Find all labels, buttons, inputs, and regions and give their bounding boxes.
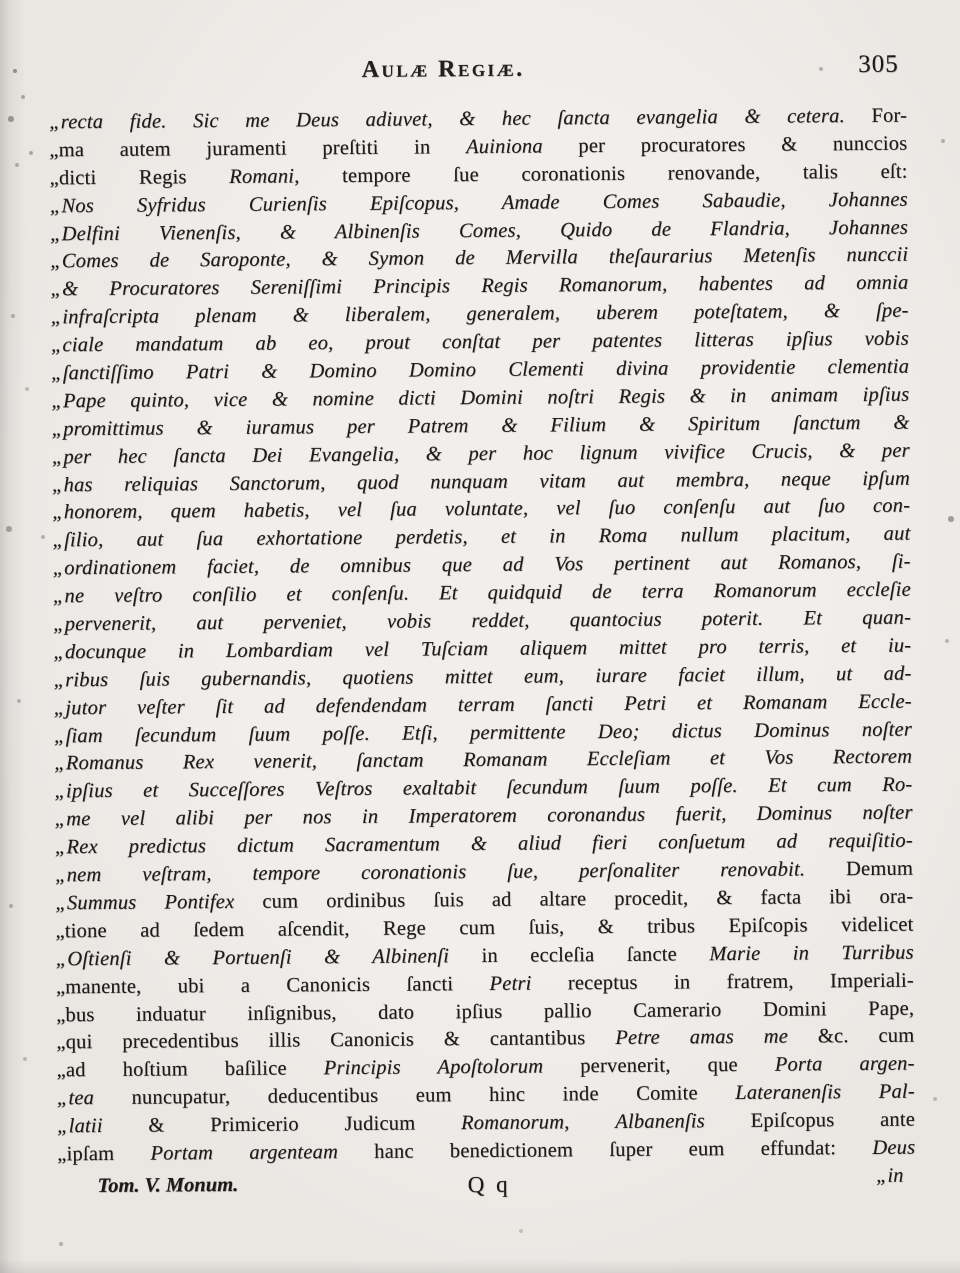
text-segment: „honorem, quem habetis, vel ſua voluntat…: [52, 495, 910, 524]
text-segment: Lateranenſis Pal-: [735, 1081, 915, 1104]
running-head: Aulæ Regiæ. 305: [0, 52, 957, 106]
page-footer: Tom. V. Monum. Q q „in: [57, 1168, 915, 1209]
text-segment: Principis Apoſtolorum: [324, 1056, 581, 1080]
text-segment: ,: [564, 1111, 615, 1133]
text-segment: „ſanctiſſimo Patri & Domino Domino Cleme…: [51, 356, 909, 385]
text-segment: „dicti Regis: [50, 166, 230, 189]
gathering-signature: Q q: [468, 1172, 511, 1198]
text-segment: Portam argenteam: [150, 1141, 374, 1165]
text-segment: „ordinationem faciet, de omnibus que ad …: [53, 551, 911, 580]
text-segment: „latii: [57, 1115, 149, 1138]
text-segment: „recta fide. Sic me Deus adiuvet, & hec …: [49, 105, 871, 133]
text-segment: „docunque in Lombardiam vel Tuſciam aliq…: [53, 635, 911, 664]
text-segment: Auiniona: [466, 135, 543, 158]
text-segment: „ſiam ſecundum ſuum poſſe. Etſi, permitt…: [54, 718, 912, 747]
text-segment: pervenerit, que: [580, 1054, 775, 1078]
text-segment: „tea: [57, 1087, 132, 1110]
text-segment: „qui precedentibus illis Canonicis & can…: [56, 1027, 615, 1053]
text-segment: „Romanus Rex venerit, ſanctam Romanam Ec…: [54, 746, 912, 775]
text-segment: „per hec ſancta Dei Evangelia, & per hoc…: [52, 439, 910, 468]
text-segment: „bus induatur inſignibus, dato ipſius pa…: [56, 997, 914, 1026]
text-segment: hanc benedictionem ſuper eum effundat:: [374, 1137, 872, 1163]
text-segment: „ciale mandatum ab eo, prout conſtat per…: [51, 328, 909, 357]
text-segment: cum ordinibus ſuis ad altare procedit, &…: [262, 886, 913, 913]
scanned-book-page: Aulæ Regiæ. 305 „recta fide. Sic me Deus…: [0, 0, 960, 1273]
text-block: „recta fide. Sic me Deus adiuvet, & hec …: [49, 103, 915, 1170]
text-segment: „has reliquias Sanctorum, quod nunquam v…: [52, 467, 910, 496]
text-segment: per procuratores & nunccios: [543, 133, 908, 158]
text-segment: Albanenſis: [615, 1110, 751, 1133]
text-segment: Demum: [846, 858, 913, 881]
text-segment: „Oſtienſi & Portuenſi & Albinenſi: [56, 945, 482, 970]
text-segment: Deus: [872, 1137, 915, 1159]
text-line: „ipſam Portam argenteam hanc benediction…: [57, 1135, 915, 1170]
text-segment: & Primicerio Judicum: [148, 1112, 461, 1136]
text-segment: For-: [871, 105, 907, 127]
text-segment: „ribus ſuis gubernandis, quotiens mittet…: [53, 662, 911, 691]
text-segment: „manente, ubi a Canonicis ſancti: [56, 973, 490, 998]
text-segment: Romanorum: [461, 1111, 564, 1134]
text-segment: „Pape quinto, vice & nomine dicti Domini…: [51, 384, 909, 413]
text-segment: „jutor veſter ſit ad defendendam terram …: [54, 690, 912, 719]
text-segment: Epiſcopus ante: [751, 1109, 916, 1132]
text-segment: „Comes de Saroponte, & Symon de Mervilla…: [50, 244, 908, 273]
text-segment: &c. cum: [818, 1025, 915, 1048]
page-title: Aulæ Regiæ.: [362, 56, 525, 84]
text-segment: „Summus Pontifex: [55, 891, 262, 915]
text-segment: , tempore ſue coronationis renovande, ta…: [294, 160, 908, 187]
text-segment: Marie in Turribus: [709, 941, 914, 965]
text-segment: Romani: [229, 165, 294, 188]
paper-speckles: [0, 0, 2, 2]
text-segment: „ma autem juramenti preſtiti in: [49, 136, 466, 161]
text-segment: „pervenerit, aut perveniet, vobis reddet…: [53, 607, 911, 636]
page-content: Aulæ Regiæ. 305 „recta fide. Sic me Deus…: [0, 0, 960, 1210]
text-segment: „nem veſtram, tempore coronationis ſue, …: [55, 858, 846, 886]
volume-label: Tom. V. Monum.: [97, 1174, 238, 1198]
text-segment: „me vel alibi per nos in Imperatorem cor…: [55, 802, 913, 831]
text-segment: nuncupatur, deducentibus eum hinc inde C…: [131, 1082, 735, 1109]
text-segment: „tione ad ſedem aſcendit, Rege cum ſuis,…: [55, 913, 913, 942]
text-segment: „ad hoſtium baſilice: [57, 1058, 324, 1082]
text-segment: „Nos Syfridus Curienſis Epiſcopus, Amade…: [50, 188, 908, 217]
text-segment: „infraſcripta plenam & liberalem, genera…: [51, 300, 909, 329]
text-segment: Petri: [489, 972, 567, 995]
text-segment: Petre amas me: [615, 1026, 818, 1050]
text-segment: „ſilio, aut ſua exhortatione perdetis, e…: [52, 523, 910, 552]
page-number: 305: [858, 51, 899, 79]
text-segment: in eccleſia ſancte: [481, 943, 709, 967]
text-segment: „ne veſtro conſilio et conſenſu. Et quid…: [53, 579, 911, 608]
text-segment: „ipſam: [57, 1143, 150, 1166]
text-segment: „ipſius et Succeſſores Veſtros exaltabit…: [54, 774, 912, 803]
text-segment: „Delfini Vienenſis, & Albinenſis Comes, …: [50, 216, 908, 245]
text-segment: „& Procuratores Sereniſſimi Principis Re…: [50, 272, 908, 301]
catchword: „in: [876, 1165, 904, 1188]
text-segment: „Rex predictus dictum Sacramentum & aliu…: [55, 830, 913, 859]
text-segment: Porta argen-: [775, 1053, 915, 1076]
text-segment: receptus in fratrem, Imperiali-: [568, 969, 914, 994]
text-segment: „promittimus & iuramus per Patrem & Fili…: [51, 411, 909, 440]
